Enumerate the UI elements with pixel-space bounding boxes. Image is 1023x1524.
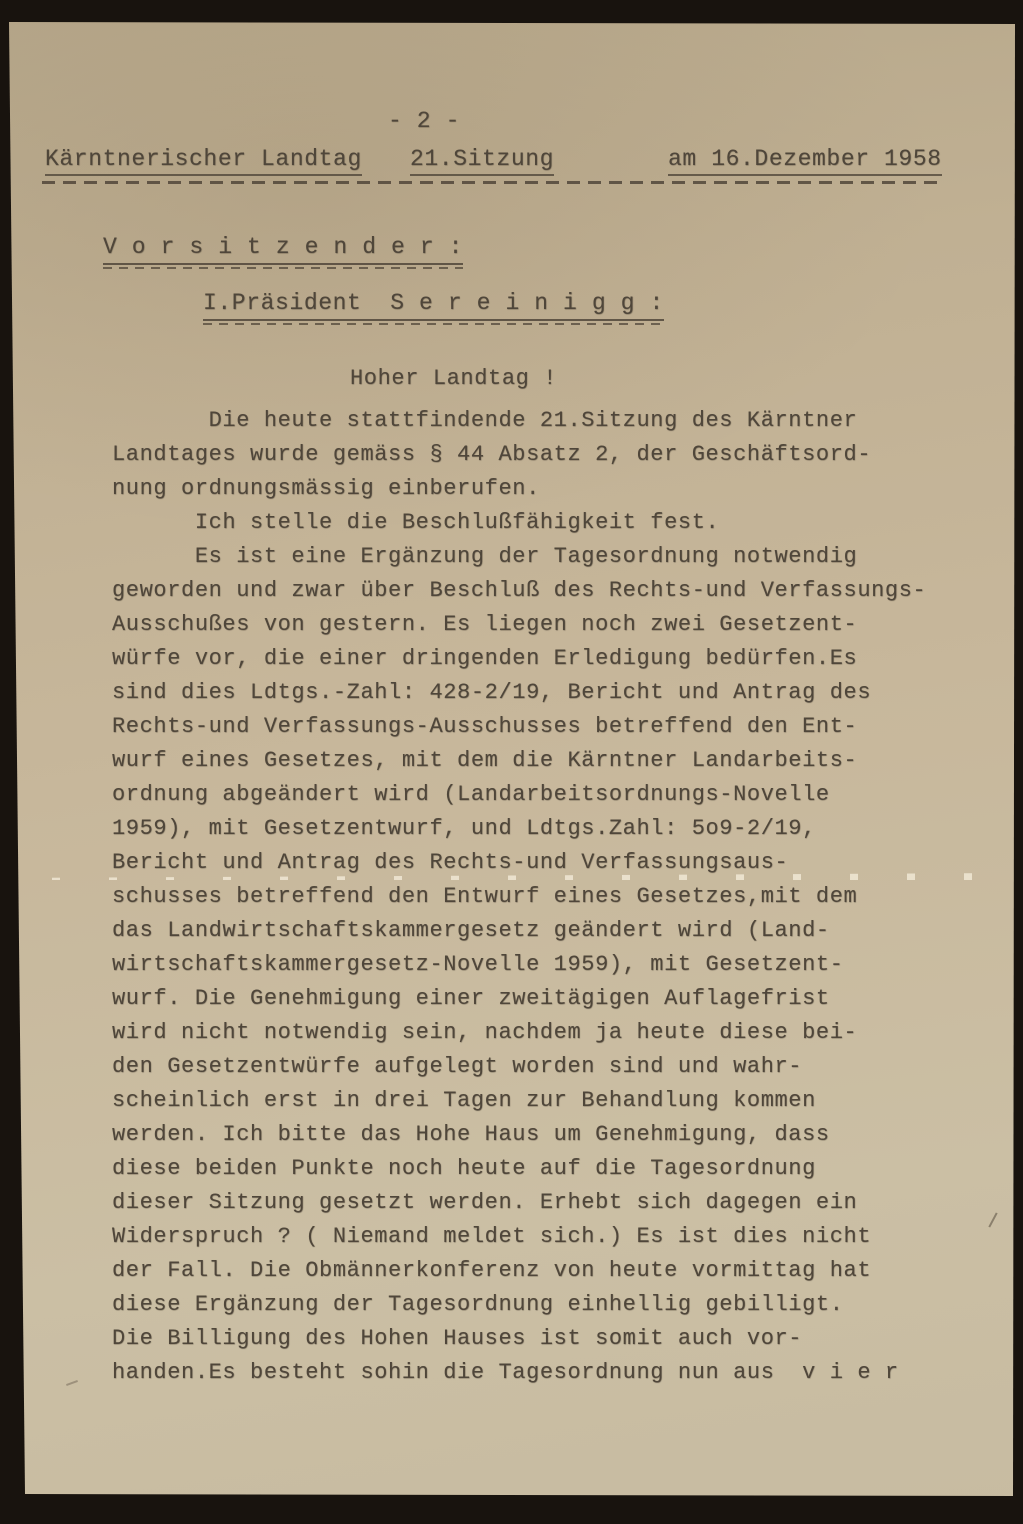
paper-sheet: - 2 - Kärntnerischer Landtag 21.Sitzung … (0, 0, 1023, 1524)
transcript-line: Widerspruch ? ( Niemand meldet sich.) Es… (112, 1220, 972, 1254)
chairman-heading: V o r s i t z e n d e r : (103, 234, 463, 260)
transcript-line: wird nicht notwendig sein, nachdem ja he… (112, 1016, 972, 1050)
scan-scratch-mark (66, 1380, 78, 1386)
transcript-line: handen.Es besteht sohin die Tagesordnung… (112, 1356, 972, 1390)
transcript-line: nung ordnungsmässig einberufen. (112, 472, 972, 506)
transcript-line: den Gesetzentwürfe aufgelegt worden sind… (112, 1050, 972, 1084)
transcript-line: Die heute stattfindende 21.Sitzung des K… (112, 404, 972, 438)
speaker-heading: I.Präsident S e r e i n i g g : (203, 290, 664, 316)
transcript-body: Die heute stattfindende 21.Sitzung des K… (112, 404, 972, 1390)
transcript-line: das Landwirtschaftskammergesetz geändert… (112, 914, 972, 948)
transcript-line: geworden und zwar über Beschluß des Rech… (112, 574, 972, 608)
transcript-line: diese Ergänzung der Tagesordnung einhell… (112, 1288, 972, 1322)
header-session-number: 21.Sitzung (410, 146, 554, 176)
transcript-line: scheinlich erst in drei Tagen zur Behand… (112, 1084, 972, 1118)
transcript-line: Rechts-und Verfassungs-Ausschusses betre… (112, 710, 972, 744)
transcript-line: würfe vor, die einer dringenden Erledigu… (112, 642, 972, 676)
header-session-date: am 16.Dezember 1958 (668, 146, 942, 176)
transcript-line: wirtschaftskammergesetz-Novelle 1959), m… (112, 948, 972, 982)
transcript-line: werden. Ich bitte das Hohe Haus um Geneh… (112, 1118, 972, 1152)
header-institution: Kärntnerischer Landtag (45, 146, 362, 176)
transcript-line: Ausschußes von gestern. Es liegen noch z… (112, 608, 972, 642)
scanned-page: - 2 - Kärntnerischer Landtag 21.Sitzung … (0, 0, 1023, 1524)
header-dashed-underline (42, 181, 938, 184)
transcript-line: dieser Sitzung gesetzt werden. Erhebt si… (112, 1186, 972, 1220)
speaker-heading-label: I.Präsident S e r e i n i g g : (203, 290, 664, 321)
transcript-line: Landtages wurde gemäss § 44 Absatz 2, de… (112, 438, 972, 472)
transcript-line: wurf eines Gesetzes, mit dem die Kärntne… (112, 744, 972, 778)
transcript-line: Die Billigung des Hohen Hauses ist somit… (112, 1322, 972, 1356)
salutation: Hoher Landtag ! (350, 366, 557, 391)
transcript-line: Ich stelle die Beschlußfähigkeit fest. (112, 506, 972, 540)
transcript-line: der Fall. Die Obmännerkonferenz von heut… (112, 1254, 972, 1288)
transcript-line: ordnung abgeändert wird (Landarbeitsordn… (112, 778, 972, 812)
transcript-line: 1959), mit Gesetzentwurf, und Ldtgs.Zahl… (112, 812, 972, 846)
transcript-line: sind dies Ldtgs.-Zahl: 428-2/19, Bericht… (112, 676, 972, 710)
scan-scratch-mark (988, 1212, 997, 1227)
transcript-line: diese beiden Punkte noch heute auf die T… (112, 1152, 972, 1186)
header-row: Kärntnerischer Landtag 21.Sitzung am 16.… (0, 146, 1023, 176)
transcript-line: wurf. Die Genehmigung einer zweitägigen … (112, 982, 972, 1016)
transcript-line: Es ist eine Ergänzung der Tagesordnung n… (112, 540, 972, 574)
page-number: - 2 - (388, 108, 460, 134)
transcript-line: Bericht und Antrag des Rechts-und Verfas… (112, 846, 972, 880)
transcript-line: schusses betreffend den Entwurf eines Ge… (112, 880, 972, 914)
chairman-heading-label: V o r s i t z e n d e r : (103, 234, 463, 265)
